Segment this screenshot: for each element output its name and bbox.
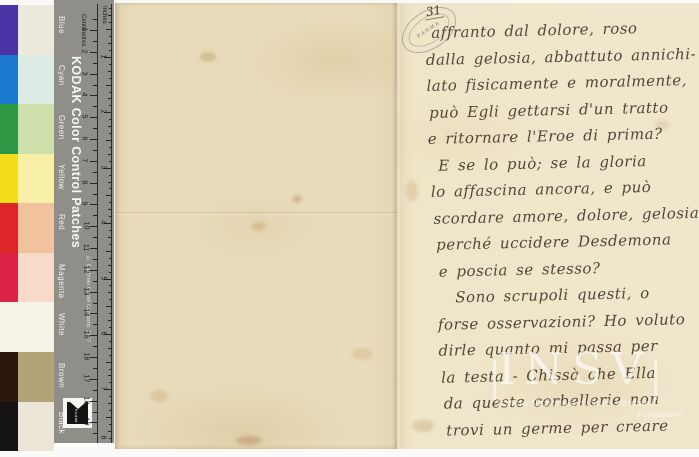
cm-number: 11 — [82, 244, 89, 251]
cm-scale-baseline — [97, 4, 98, 443]
patch-row — [0, 154, 54, 204]
tint-patch-red — [18, 203, 54, 253]
kodak-title: KODAK Color Control Patches — [69, 56, 83, 248]
cm-number: 15 — [82, 331, 89, 339]
cm-number: 18 — [82, 396, 89, 404]
inch-tick — [108, 375, 112, 376]
patch-label-blue: Blue — [57, 16, 66, 34]
inch-tick — [109, 36, 112, 37]
color-patch-green — [0, 104, 18, 154]
inch-tick — [106, 306, 111, 307]
cm-tick — [93, 41, 97, 42]
handwriting-block: affranto dal dolore, rosodalla gelosia, … — [425, 14, 699, 444]
cm-tick — [90, 52, 97, 53]
tint-patch-blue — [18, 5, 54, 55]
stain — [412, 420, 434, 432]
inch-tick — [108, 348, 112, 349]
cm-number: 13 — [82, 287, 89, 295]
cm-number: 8 — [80, 180, 87, 184]
inch-tick — [109, 313, 112, 314]
inch-tick — [109, 147, 112, 148]
patch-label-black: Black — [57, 412, 66, 434]
cm-tick — [93, 433, 97, 434]
cm-number: 7 — [80, 158, 87, 162]
cm-number: 16 — [82, 353, 89, 361]
inch-tick — [108, 182, 112, 183]
cm-number: 3 — [80, 71, 87, 75]
cm-tick — [93, 390, 97, 391]
stain — [236, 436, 262, 445]
inch-tick — [106, 362, 111, 363]
color-patch-black — [0, 402, 18, 452]
kodak-logo-text: Kodak — [74, 409, 79, 423]
cm-tick — [90, 74, 97, 75]
patch-label-red: Red — [57, 214, 66, 230]
cm-tick — [90, 226, 97, 227]
inch-tick — [108, 98, 112, 99]
inch-tick — [109, 175, 112, 176]
inch-tick — [106, 140, 111, 141]
inch-tick — [106, 417, 111, 418]
cm-tick — [90, 357, 97, 358]
cm-tick — [93, 128, 97, 129]
color-patch-cyan — [0, 55, 18, 105]
patch-label-brown: Brown — [57, 363, 66, 388]
inch-tick — [109, 216, 112, 217]
cm-tick — [90, 95, 97, 96]
cm-tick — [93, 215, 97, 216]
inch-tick — [109, 64, 112, 65]
tint-patch-cyan — [18, 55, 54, 105]
inch-tick — [109, 285, 112, 286]
kodak-color-bar — [0, 5, 54, 451]
center-fold-line — [392, 3, 402, 449]
inch-tick — [109, 230, 112, 231]
cm-tick — [93, 281, 97, 282]
cm-number: 1 — [80, 28, 87, 32]
cm-tick — [93, 194, 97, 195]
inch-tick — [109, 341, 112, 342]
inch-tick — [109, 92, 112, 93]
inch-tick — [109, 78, 112, 79]
cm-tick — [93, 259, 97, 260]
inch-tick — [109, 355, 112, 356]
patch-label-green: Green — [57, 115, 66, 140]
patch-label-cyan: Cyan — [57, 65, 66, 86]
inch-tick — [109, 188, 112, 189]
color-patch-yellow — [0, 154, 18, 204]
inch-tick — [108, 15, 112, 16]
inch-tick — [109, 244, 112, 245]
inch-tick — [109, 299, 112, 300]
patch-row — [0, 352, 54, 402]
cm-number: 14 — [82, 309, 89, 317]
patch-label-yellow: Yellow — [57, 164, 66, 190]
cm-tick — [93, 368, 97, 369]
tint-patch-brown — [18, 352, 54, 402]
inch-tick — [109, 105, 112, 106]
cm-number: 17 — [82, 374, 89, 382]
inch-tick — [109, 22, 112, 23]
tint-patch-yellow — [18, 154, 54, 204]
inch-tick — [109, 272, 112, 273]
cm-tick — [90, 401, 97, 402]
patch-row — [0, 55, 54, 105]
inch-number: 5 — [99, 276, 106, 280]
cm-tick — [93, 106, 97, 107]
inch-number: 4 — [99, 221, 106, 225]
cm-tick — [90, 183, 97, 184]
cm-number: 5 — [80, 115, 87, 119]
inch-tick — [109, 8, 112, 9]
handwriting-line: trovi un germe per creare — [446, 411, 699, 444]
inch-tick — [106, 29, 111, 30]
inch-number: 1 — [99, 54, 106, 58]
cm-tick — [90, 117, 97, 118]
cm-number: 4 — [80, 93, 87, 97]
inch-tick — [108, 265, 112, 266]
cm-tick — [90, 248, 97, 249]
horizontal-fold-line — [115, 212, 397, 215]
stain — [352, 348, 372, 360]
patch-row — [0, 302, 54, 352]
cm-tick — [90, 204, 97, 205]
inch-number: 8 — [99, 436, 106, 440]
inch-tick — [109, 438, 112, 439]
inch-tick — [106, 251, 111, 252]
cm-tick — [93, 150, 97, 151]
inch-number: 2 — [99, 110, 106, 114]
inch-tick — [108, 154, 112, 155]
cm-tick — [93, 63, 97, 64]
inch-tick — [108, 320, 112, 321]
cm-tick — [90, 422, 97, 423]
tint-patch-white — [18, 302, 54, 352]
patch-row — [0, 5, 54, 55]
inch-tick — [109, 258, 112, 259]
cm-tick — [93, 19, 97, 20]
inch-tick — [108, 403, 112, 404]
tint-patch-black — [18, 402, 54, 452]
cm-number: 12 — [82, 265, 89, 273]
cm-number: 10 — [82, 222, 89, 230]
patch-row — [0, 253, 54, 303]
inch-tick — [109, 161, 112, 162]
cm-number: 2 — [80, 49, 87, 53]
stain — [150, 390, 168, 402]
cm-tick — [93, 303, 97, 304]
stain — [406, 180, 418, 202]
inches-label: Inches — [101, 6, 107, 24]
cm-tick — [90, 313, 97, 314]
inch-tick — [106, 195, 111, 196]
inch-tick — [108, 71, 112, 72]
cm-tick — [90, 161, 97, 162]
color-patch-blue — [0, 5, 18, 55]
inch-tick — [108, 292, 112, 293]
patch-row — [0, 104, 54, 154]
cm-tick — [90, 139, 97, 140]
patch-label-magenta: Magenta — [57, 264, 66, 299]
cm-tick — [93, 237, 97, 238]
inch-tick — [109, 369, 112, 370]
tint-patch-magenta — [18, 253, 54, 303]
inch-scale-baseline — [111, 4, 112, 443]
color-patch-red — [0, 203, 18, 253]
cm-tick — [90, 379, 97, 380]
kodak-ruler-strip: KODAK Color Control Patches © Eastman Ko… — [54, 0, 114, 443]
stain — [200, 52, 216, 62]
scanned-letter-image: KODAK Color Control Patches © Eastman Ko… — [0, 0, 699, 457]
inch-tick — [109, 382, 112, 383]
patch-row — [0, 203, 54, 253]
cm-tick — [93, 172, 97, 173]
patch-label-white: White — [57, 313, 66, 336]
inch-tick — [109, 119, 112, 120]
inch-tick — [108, 237, 112, 238]
cm-tick — [90, 335, 97, 336]
color-patch-white — [0, 302, 18, 352]
inch-tick — [108, 431, 112, 432]
inch-number: 7 — [99, 387, 106, 391]
cm-tick — [93, 346, 97, 347]
cm-tick — [93, 412, 97, 413]
inch-tick — [109, 50, 112, 51]
inch-tick — [109, 410, 112, 411]
stain — [292, 195, 302, 203]
inch-number: 3 — [99, 165, 106, 169]
cm-number: 19 — [82, 418, 89, 426]
cm-number: 6 — [80, 137, 87, 141]
cm-number: 9 — [80, 202, 87, 206]
cm-tick — [93, 324, 97, 325]
cm-tick — [90, 270, 97, 271]
patch-row — [0, 402, 54, 452]
cm-tick — [90, 292, 97, 293]
inch-tick — [109, 202, 112, 203]
cm-tick — [90, 30, 97, 31]
inch-tick — [109, 133, 112, 134]
inch-tick — [109, 424, 112, 425]
inch-tick — [106, 85, 111, 86]
inch-tick — [109, 396, 112, 397]
inch-number: 6 — [99, 331, 106, 335]
inch-tick — [109, 327, 112, 328]
color-patch-brown — [0, 352, 18, 402]
inch-tick — [108, 126, 112, 127]
stain — [252, 222, 266, 231]
tint-patch-green — [18, 104, 54, 154]
cm-tick — [93, 85, 97, 86]
inch-tick — [108, 43, 112, 44]
color-patch-magenta — [0, 253, 18, 303]
inch-tick — [108, 209, 112, 210]
